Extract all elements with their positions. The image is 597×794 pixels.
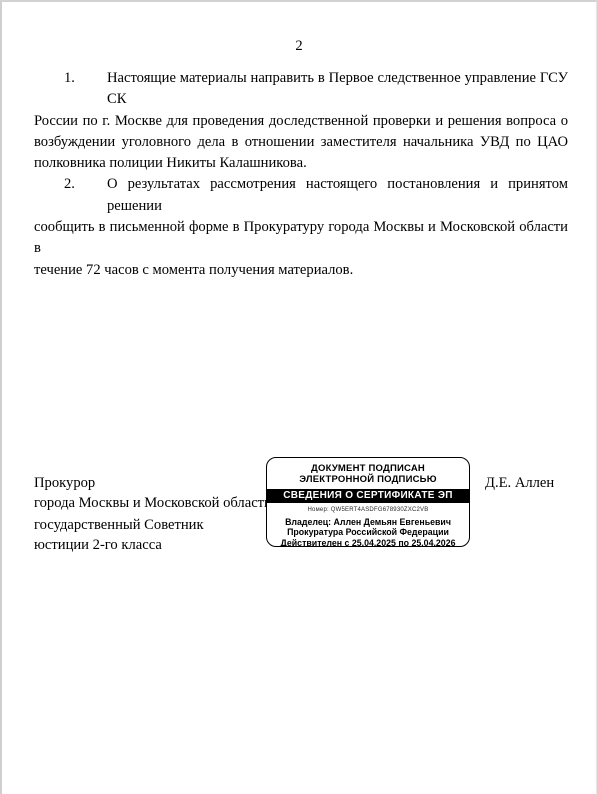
paragraph-2-line: сообщить в письменной форме в Прокуратур… [34, 217, 568, 260]
paragraph-2: 2. О результатах рассмотрения настоящего… [34, 174, 568, 280]
stamp-title-line: ЭЛЕКТРОННОЙ ПОДПИСЬЮ [267, 475, 469, 486]
paragraph-1-line: 1. Настоящие материалы направить в Перво… [34, 68, 568, 111]
paragraph-2-text: О результатах рассмотрения настоящего по… [107, 174, 568, 217]
signer-rank-line: юстиции 2-го класса [34, 536, 272, 556]
paragraph-1-text: Настоящие материалы направить в Первое с… [107, 68, 568, 111]
signer-position-line: Прокурор [34, 474, 272, 494]
paragraph-1-line: возбуждении уголовного дела в отношении … [34, 132, 568, 153]
document-page: 2 1. Настоящие материалы направить в Пер… [0, 0, 597, 794]
stamp-validity-line: Действителен с 25.04.2025 по 25.04.2026 [267, 538, 469, 547]
stamp-title-line: ДОКУМЕНТ ПОДПИСАН [267, 464, 469, 475]
signature-title-block: Прокурор города Москвы и Московской обла… [34, 474, 272, 555]
stamp-number-label: Номер: [308, 507, 329, 513]
paragraph-1-number: 1. [64, 68, 107, 111]
stamp-org-line: Прокуратура Российской Федерации [267, 527, 469, 538]
stamp-number-value: QW5ERT4ASDFG678930ZXC2VB [331, 507, 429, 513]
paragraph-2-number: 2. [64, 174, 107, 217]
signer-rank-line: государственный Советник [34, 516, 272, 536]
paragraph-2-line: 2. О результатах рассмотрения настоящего… [34, 174, 568, 217]
paragraph-1-line: полковника полиции Никиты Калашникова. [34, 153, 568, 174]
stamp-owner-line: Владелец: Аллен Демьян Евгеньевич [267, 517, 469, 528]
signer-position-line: города Москвы и Московской области [34, 494, 272, 514]
stamp-owner-block: Владелец: Аллен Демьян Евгеньевич Прокур… [267, 517, 469, 548]
stamp-title: ДОКУМЕНТ ПОДПИСАН ЭЛЕКТРОННОЙ ПОДПИСЬЮ [267, 458, 469, 485]
stamp-certificate-bar: СВЕДЕНИЯ О СЕРТИФИКАТЕ ЭП [267, 489, 469, 503]
paragraph-1: 1. Настоящие материалы направить в Перво… [34, 68, 568, 174]
document-body: 1. Настоящие материалы направить в Перво… [34, 68, 568, 281]
stamp-certificate-number: Номер: QW5ERT4ASDFG678930ZXC2VB [267, 507, 469, 514]
paragraph-1-line: России по г. Москве для проведения досле… [34, 111, 568, 132]
signer-name: Д.Е. Аллен [485, 475, 554, 492]
electronic-signature-stamp: ДОКУМЕНТ ПОДПИСАН ЭЛЕКТРОННОЙ ПОДПИСЬЮ С… [266, 457, 470, 547]
page-number: 2 [2, 38, 596, 55]
paragraph-2-line: течение 72 часов с момента получения мат… [34, 260, 568, 281]
